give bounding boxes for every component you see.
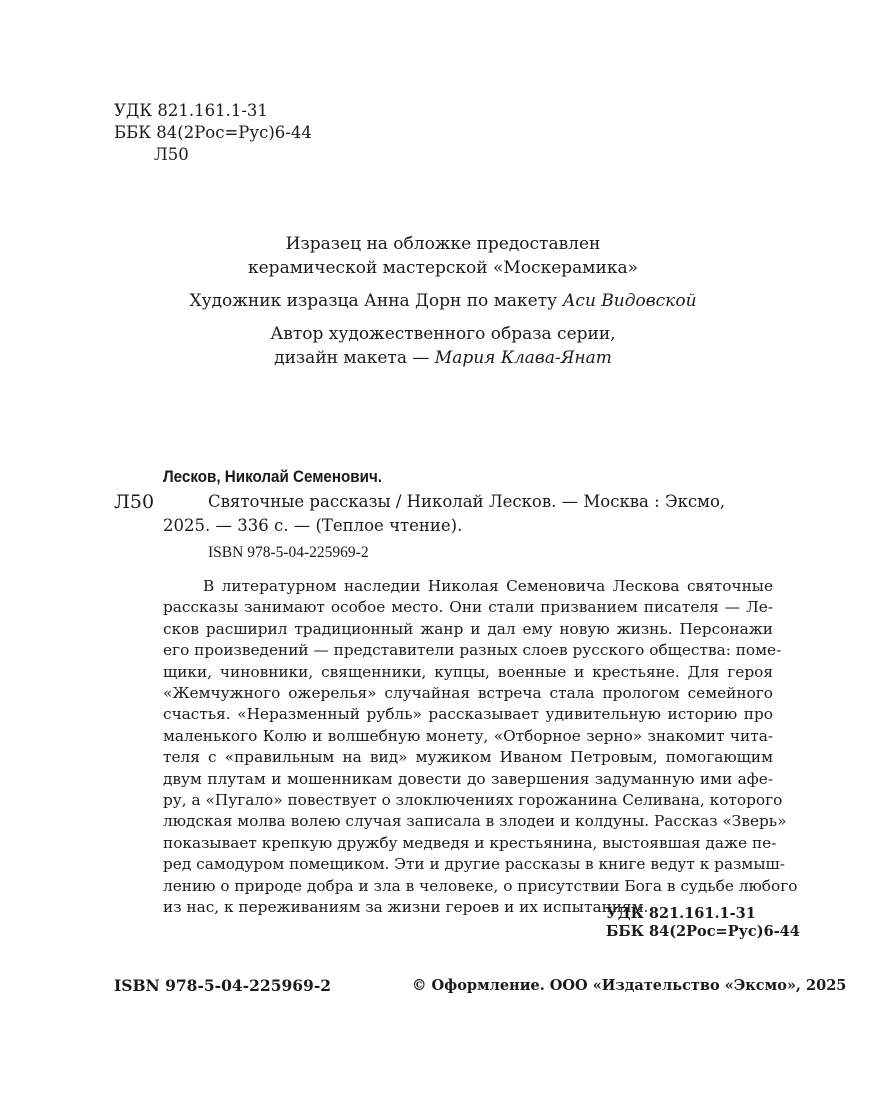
- annotation-line: двум плутам и мошенникам довести до заве…: [163, 769, 773, 790]
- annotation-line: В литературном наследии Николая Семенови…: [163, 576, 773, 597]
- annotation-line: ред самодуром помещиком. Эти и другие ра…: [163, 854, 773, 875]
- annotation-line: людская молва волею случая записала в зл…: [163, 811, 773, 832]
- bbk-code: ББК 84(2Рос=Рус)6-44: [114, 122, 312, 144]
- annotation-codes: УДК 821.161.1-31 ББК 84(2Рос=Рус)6-44: [606, 905, 800, 941]
- bib-author: Лесков, Николай Семенович.: [163, 468, 382, 487]
- annotation-line: теля с «правильным на вид» мужиком Ивано…: [163, 747, 773, 768]
- tile-credit-line-1: Изразец на обложке предоставлен: [0, 232, 886, 256]
- designer-name: Мария Клава-Янат: [435, 348, 612, 368]
- annotation-udk: УДК 821.161.1-31: [606, 905, 800, 923]
- bib-imprint-line: 2025. — 336 с. — (Теплое чтение).: [163, 516, 462, 535]
- footer-copyright: © Оформление. ООО «Издательство «Эксмо»,…: [412, 977, 846, 994]
- annotation: В литературном наследии Николая Семенови…: [163, 576, 773, 919]
- annotation-line: маленького Колю и волшебную монету, «Отб…: [163, 726, 773, 747]
- series-credit-line-1: Автор художественного образа серии,: [0, 322, 886, 346]
- series-credit: Автор художественного образа серии, диза…: [0, 322, 886, 370]
- annotation-line: щики, чиновники, священники, купцы, воен…: [163, 662, 773, 683]
- bib-title-line: Святочные рассказы / Николай Лесков. — М…: [208, 492, 725, 511]
- annotation-line: лению о природе добра и зла в человеке, …: [163, 876, 773, 897]
- udk-code: УДК 821.161.1-31: [114, 100, 312, 122]
- classification-codes: УДК 821.161.1-31 ББК 84(2Рос=Рус)6-44 Л5…: [114, 100, 312, 166]
- artist-credit: Художник изразца Анна Дорн по макету Аси…: [0, 289, 886, 313]
- annotation-line: его произведений — представители разных …: [163, 640, 773, 661]
- bib-isbn: ISBN 978-5-04-225969-2: [208, 544, 369, 562]
- annotation-line: «Жемчужного ожерелья» случайная встреча …: [163, 683, 773, 704]
- tile-credit-line-2: керамической мастерской «Москерамика»: [0, 256, 886, 280]
- artist-credit-text: Художник изразца Анна Дорн по макету: [189, 291, 562, 311]
- layout-author-name: Аси Видовской: [563, 291, 697, 311]
- annotation-bbk: ББК 84(2Рос=Рус)6-44: [606, 923, 800, 941]
- annotation-line: рассказы занимают особое место. Они стал…: [163, 597, 773, 618]
- author-mark: Л50: [114, 144, 312, 166]
- series-credit-text: дизайн макета —: [274, 348, 435, 368]
- annotation-line: сков расширил традиционный жанр и дал ем…: [163, 619, 773, 640]
- tile-credit: Изразец на обложке предоставлен керамиче…: [0, 232, 886, 280]
- annotation-line: ру, а «Пугало» повествует о злоключениях…: [163, 790, 773, 811]
- footer-isbn: ISBN 978-5-04-225969-2: [114, 976, 331, 995]
- annotation-line: показывает крепкую дружбу медведя и крес…: [163, 833, 773, 854]
- bib-author-mark: Л50: [114, 491, 154, 513]
- annotation-line: счастья. «Неразменный рубль» рассказывае…: [163, 704, 773, 725]
